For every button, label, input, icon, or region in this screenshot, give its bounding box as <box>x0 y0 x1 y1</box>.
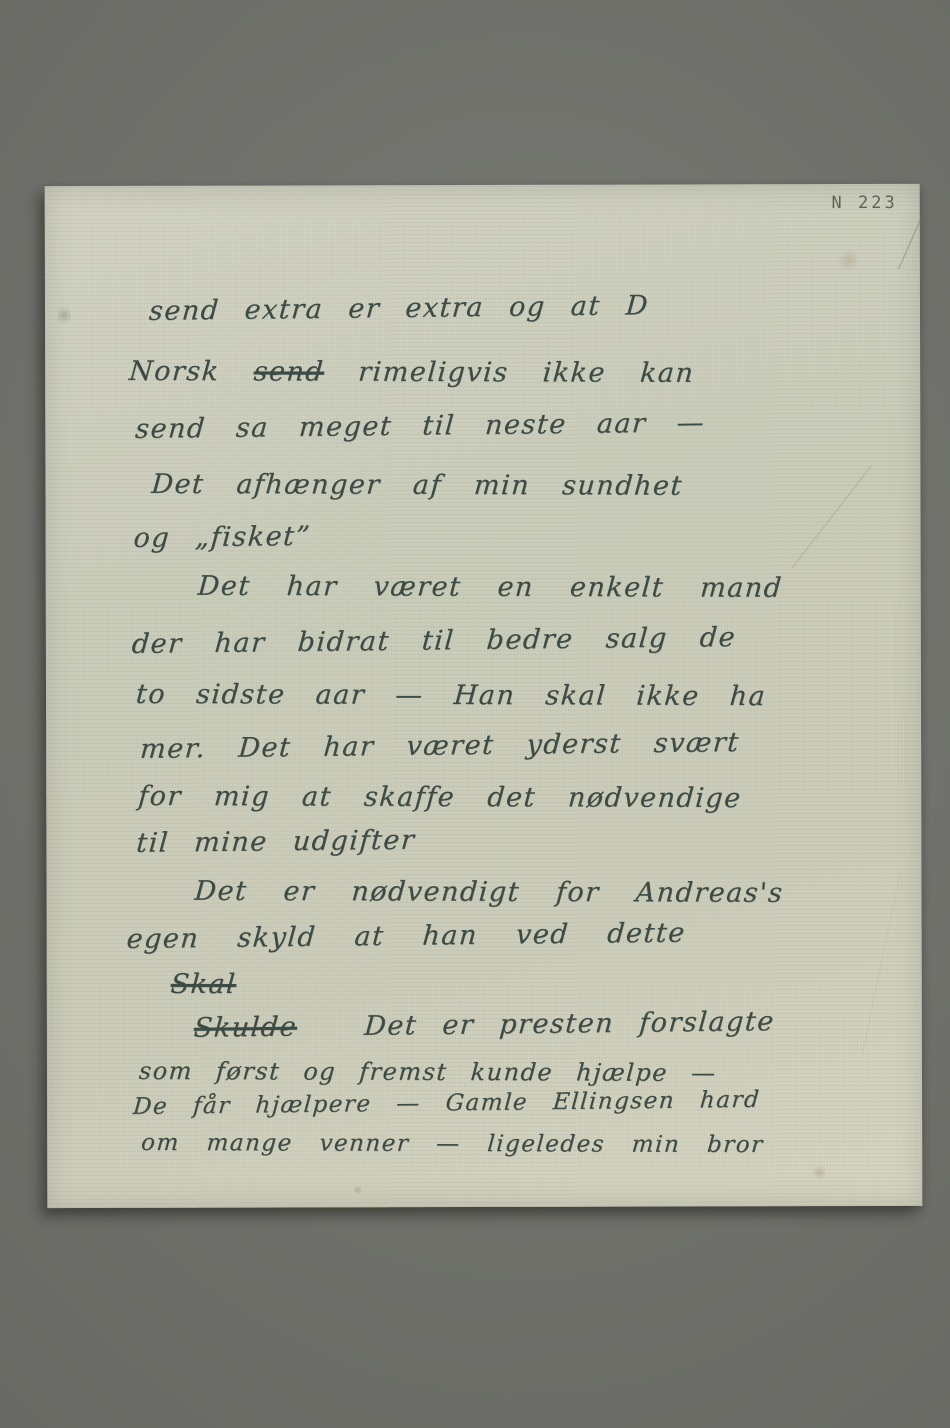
handwriting-text: De får hjælpere — Gamle Ellingsen hard <box>132 1087 761 1120</box>
handwriting-line: Det er nødvendigt for Andreas's <box>193 876 784 909</box>
handwriting-text: Det afhænger af min sundhet <box>150 469 684 502</box>
handwriting-line: to sidste aar — Han skal ikke ha <box>135 679 768 712</box>
struck-word: Skulde <box>193 1012 299 1044</box>
handwriting-line: for mig at skaffe det nødvendige <box>137 781 743 814</box>
paper-crease-top-right <box>898 204 928 269</box>
handwriting-text: for mig at skaffe det nødvendige <box>137 781 743 814</box>
paper-stain <box>811 1166 827 1179</box>
handwriting-line: send extra er extra og at D <box>148 290 650 327</box>
handwriting-text: om mange venner — ligeledes min bror <box>140 1130 764 1158</box>
handwriting-text: to sidste aar — Han skal ikke ha <box>135 679 768 712</box>
handwriting-line: der har bidrat til bedre salg de <box>131 622 738 660</box>
handwriting-text: som først og fremst kunde hjælpe — <box>138 1057 718 1087</box>
handwriting-line: Det har været en enkelt mand <box>197 571 784 604</box>
handwriting-block: send extra er extra og at D Norsk send r… <box>45 184 920 186</box>
handwriting-text: rimeligvis ikke kan <box>357 357 695 389</box>
photo-background: N 223 send extra er extra og at D Norsk … <box>0 0 950 1428</box>
paper-stain <box>57 304 71 326</box>
paper-stain <box>352 1185 363 1194</box>
handwriting-text: Det er presten forslagte <box>363 1006 776 1042</box>
handwriting-text: Norsk <box>128 356 221 387</box>
paper-stain <box>836 250 862 270</box>
handwriting-line: Det afhænger af min sundhet <box>150 469 684 502</box>
handwriting-text: send sa meget til neste aar — <box>134 407 706 444</box>
archive-number-label: N 223 <box>831 193 897 213</box>
handwriting-text: Det er nødvendigt for Andreas's <box>193 876 784 909</box>
handwriting-line: om mange venner — ligeledes min bror <box>140 1130 764 1158</box>
handwriting-line: send sa meget til neste aar — <box>134 407 706 444</box>
struck-word: send <box>253 356 326 387</box>
handwriting-text: til mine udgifter <box>135 825 416 859</box>
handwriting-text: der har bidrat til bedre salg de <box>131 622 738 660</box>
handwriting-line: Norsk send rimeligvis ikke kan <box>128 356 696 389</box>
handwriting-line: egen skyld at han ved dette <box>125 918 686 955</box>
handwriting-text: mer. Det har været yderst svært <box>139 727 741 765</box>
handwriting-line: til mine udgifter <box>135 825 416 859</box>
handwriting-text: send extra er extra og at D <box>148 290 650 327</box>
handwriting-line: som først og fremst kunde hjælpe — <box>138 1057 718 1087</box>
handwriting-line: og „fisket” <box>132 521 312 554</box>
handwriting-text: egen skyld at han ved dette <box>125 918 686 955</box>
struck-word: Skal <box>170 969 238 1000</box>
paper-crease-lower-right <box>862 876 900 1052</box>
manuscript-page: N 223 send extra er extra og at D Norsk … <box>45 184 923 1208</box>
handwriting-line: Skal <box>170 969 238 1000</box>
handwriting-line: mer. Det har været yderst svært <box>139 727 741 765</box>
paper-crease-right <box>791 465 872 569</box>
handwriting-line: De får hjælpere — Gamle Ellingsen hard <box>132 1087 761 1120</box>
handwriting-text: og „fisket” <box>132 521 312 554</box>
handwriting-line: Skulde Det er presten forslagte <box>193 1006 776 1044</box>
handwriting-text: Det har været en enkelt mand <box>197 571 784 604</box>
